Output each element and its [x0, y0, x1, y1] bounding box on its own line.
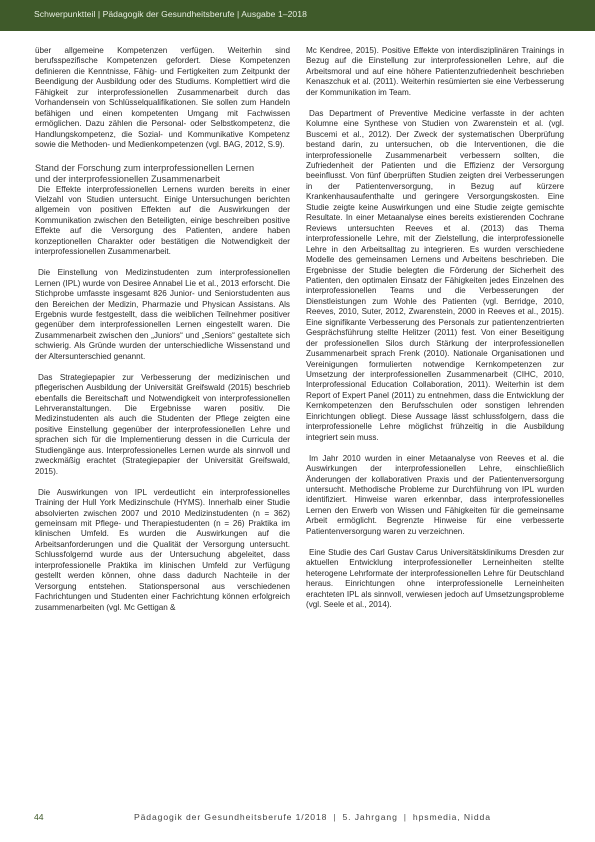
body-paragraph: Das Strategiepapier zur Verbesserung der…: [35, 373, 290, 478]
left-column: über allgemeine Kompetenzen verfügen. We…: [35, 46, 290, 613]
right-column: Mc Kendree, 2015). Positive Effekte von …: [306, 46, 564, 610]
page-number: 44: [34, 812, 44, 822]
running-header: Schwerpunktteil | Pädagogik der Gesundhe…: [0, 0, 595, 31]
footer-meta: Pädagogik der Gesundheitsberufe 1/2018|5…: [134, 812, 491, 822]
body-paragraph: Mc Kendree, 2015). Positive Effekte von …: [306, 46, 564, 98]
footer-volume: 5. Jahrgang: [342, 812, 397, 822]
body-paragraph: Das Department of Preventive Medicine ve…: [306, 109, 564, 444]
section-heading-line-1: Stand der Forschung zum interprofessione…: [35, 163, 290, 174]
body-paragraph: über allgemeine Kompetenzen verfügen. We…: [35, 46, 290, 151]
body-paragraph: Die Einstellung von Medizinstudenten zum…: [35, 268, 290, 362]
page-footer: 44 Pädagogik der Gesundheitsberufe 1/201…: [0, 812, 595, 832]
running-header-text: Schwerpunktteil | Pädagogik der Gesundhe…: [34, 9, 307, 19]
body-paragraph: Die Effekte interprofessionellen Lernens…: [35, 185, 290, 258]
footer-separator: |: [404, 812, 407, 822]
footer-journal: Pädagogik der Gesundheitsberufe 1/2018: [134, 812, 327, 822]
body-paragraph: Die Auswirkungen von IPL verdeutlicht ei…: [35, 488, 290, 613]
footer-separator: |: [333, 812, 336, 822]
footer-publisher: hpsmedia, Nidda: [413, 812, 491, 822]
body-paragraph: Eine Studie des Carl Gustav Carus Univer…: [306, 548, 564, 611]
section-heading-line-2: und der interprofessionellen Zusammenarb…: [35, 174, 290, 185]
section-heading: Stand der Forschung zum interprofessione…: [35, 163, 290, 185]
body-paragraph: Im Jahr 2010 wurden in einer Metaanalyse…: [306, 454, 564, 538]
